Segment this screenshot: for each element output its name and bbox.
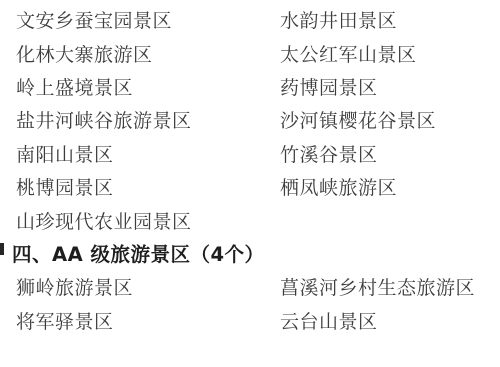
list-row: 文安乡蚕宝园景区 水韵井田景区 <box>0 3 500 36</box>
scenic-area-list: 文安乡蚕宝园景区 水韵井田景区 化林大寨旅游区 太公红军山景区 岭上盛境景区 药… <box>0 3 500 337</box>
scenic-area-name: 云台山景区 <box>280 307 378 334</box>
scenic-area-name: 将军驿景区 <box>16 307 280 334</box>
list-row: 岭上盛境景区 药博园景区 <box>0 70 500 103</box>
scenic-area-name: 药博园景区 <box>280 73 378 100</box>
document-page: 文安乡蚕宝园景区 水韵井田景区 化林大寨旅游区 太公红军山景区 岭上盛境景区 药… <box>0 0 500 367</box>
scenic-area-name: 南阳山景区 <box>16 140 280 167</box>
scenic-area-name: 栖凤峡旅游区 <box>280 173 397 200</box>
scenic-area-name: 桃博园景区 <box>16 173 280 200</box>
list-row: 化林大寨旅游区 太公红军山景区 <box>0 36 500 69</box>
section-heading-row: 四、AA 级旅游景区（4个） <box>0 237 500 270</box>
scenic-area-name: 文安乡蚕宝园景区 <box>16 6 280 33</box>
list-row: 南阳山景区 竹溪谷景区 <box>0 137 500 170</box>
scenic-area-name: 沙河镇樱花谷景区 <box>280 106 436 133</box>
scenic-area-name: 太公红军山景区 <box>280 40 417 67</box>
list-row: 桃博园景区 栖凤峡旅游区 <box>0 170 500 203</box>
section-heading: 四、AA 级旅游景区（4个） <box>12 239 265 267</box>
list-row: 山珍现代农业园景区 <box>0 203 500 236</box>
list-row: 将军驿景区 云台山景区 <box>0 304 500 337</box>
scenic-area-name: 竹溪谷景区 <box>280 140 378 167</box>
scenic-area-name: 山珍现代农业园景区 <box>16 207 280 234</box>
scan-edge-artifact <box>0 243 4 255</box>
scenic-area-name: 岭上盛境景区 <box>16 73 280 100</box>
scenic-area-name: 盐井河峡谷旅游景区 <box>16 106 280 133</box>
scenic-area-name: 菖溪河乡村生态旅游区 <box>280 273 475 300</box>
scenic-area-name: 水韵井田景区 <box>280 6 397 33</box>
list-row: 狮岭旅游景区 菖溪河乡村生态旅游区 <box>0 270 500 303</box>
scenic-area-name: 化林大寨旅游区 <box>16 40 280 67</box>
scenic-area-name: 狮岭旅游景区 <box>16 273 280 300</box>
list-row: 盐井河峡谷旅游景区 沙河镇樱花谷景区 <box>0 103 500 136</box>
